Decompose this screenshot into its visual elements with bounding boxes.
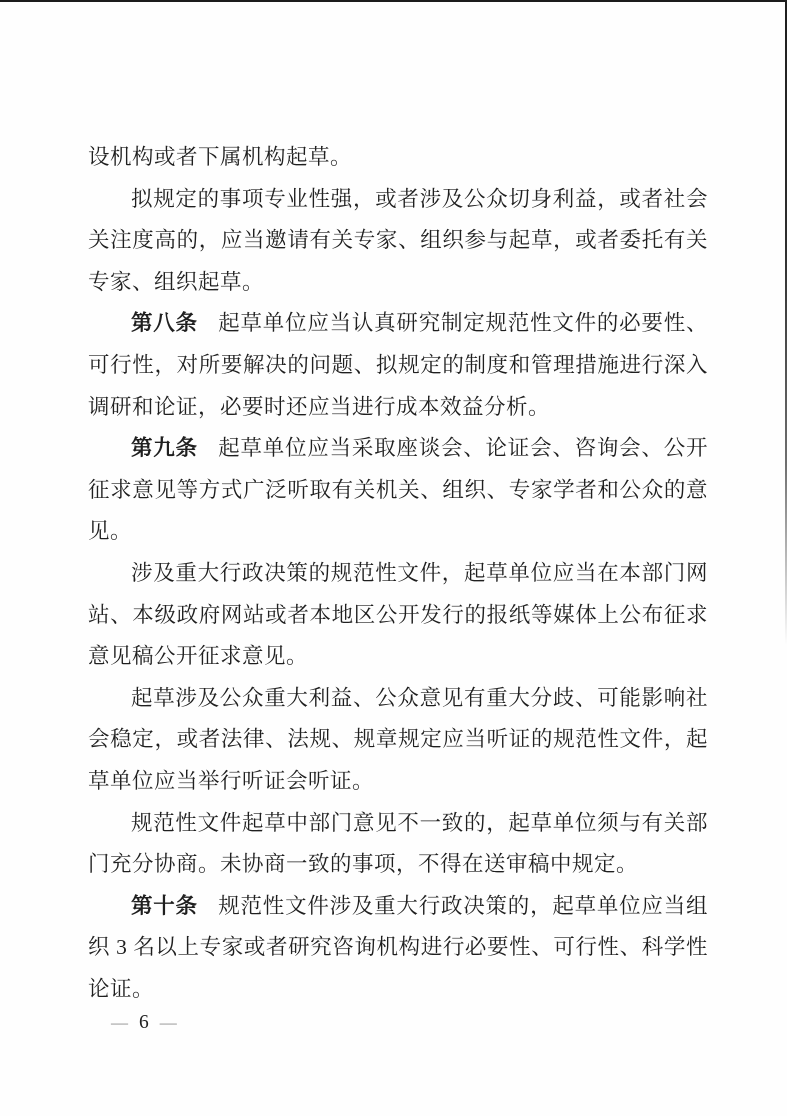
article-number: 第十条 [131, 894, 198, 918]
paragraph-text: 涉及重大行政决策的规范性文件，起草单位应当在本部门网站、本级政府网站或者本地区公… [88, 561, 708, 668]
paragraph: 规范性文件起草中部门意见不一致的，起草单位须与有关部门充分协商。未协商一致的事项… [88, 803, 708, 886]
footer-dash-right: — [160, 1009, 177, 1037]
article-number: 第八条 [131, 311, 198, 335]
footer-dash-left: — [111, 1009, 128, 1037]
article-10-paragraph: 第十条规范性文件涉及重大行政决策的，起草单位应当组织 3 名以上专家或者研究咨询… [88, 886, 708, 1011]
page-number: 6 [139, 1009, 149, 1037]
paragraph: 起草涉及公众重大利益、公众意见有重大分歧、可能影响社会稳定，或者法律、法规、规章… [88, 678, 708, 803]
article-9-paragraph: 第九条起草单位应当采取座谈会、论证会、咨询会、公开征求意见等方式广泛听取有关机关… [88, 428, 708, 553]
document-page: 设机构或者下属机构起草。 拟规定的事项专业性强，或者涉及公众切身利益，或者社会关… [0, 0, 787, 1116]
article-8-paragraph: 第八条起草单位应当认真研究制定规范性文件的必要性、可行性，对所要解决的问题、拟规… [88, 303, 708, 428]
scan-border-top [0, 0, 787, 2]
paragraph-text: 规范性文件起草中部门意见不一致的，起草单位须与有关部门充分协商。未协商一致的事项… [88, 811, 708, 877]
paragraph-text: 拟规定的事项专业性强，或者涉及公众切身利益，或者社会关注度高的，应当邀请有关专家… [88, 187, 708, 294]
paragraph-text: 设机构或者下属机构起草。 [88, 145, 352, 169]
paragraph-continuation: 设机构或者下属机构起草。 [88, 137, 708, 179]
document-body: 设机构或者下属机构起草。 拟规定的事项专业性强，或者涉及公众切身利益，或者社会关… [88, 137, 708, 1010]
page-footer: — 6 — [111, 1009, 177, 1037]
paragraph-text: 起草涉及公众重大利益、公众意见有重大分歧、可能影响社会稳定，或者法律、法规、规章… [88, 686, 708, 793]
paragraph: 涉及重大行政决策的规范性文件，起草单位应当在本部门网站、本级政府网站或者本地区公… [88, 553, 708, 678]
article-number: 第九条 [131, 436, 198, 460]
paragraph: 拟规定的事项专业性强，或者涉及公众切身利益，或者社会关注度高的，应当邀请有关专家… [88, 179, 708, 304]
